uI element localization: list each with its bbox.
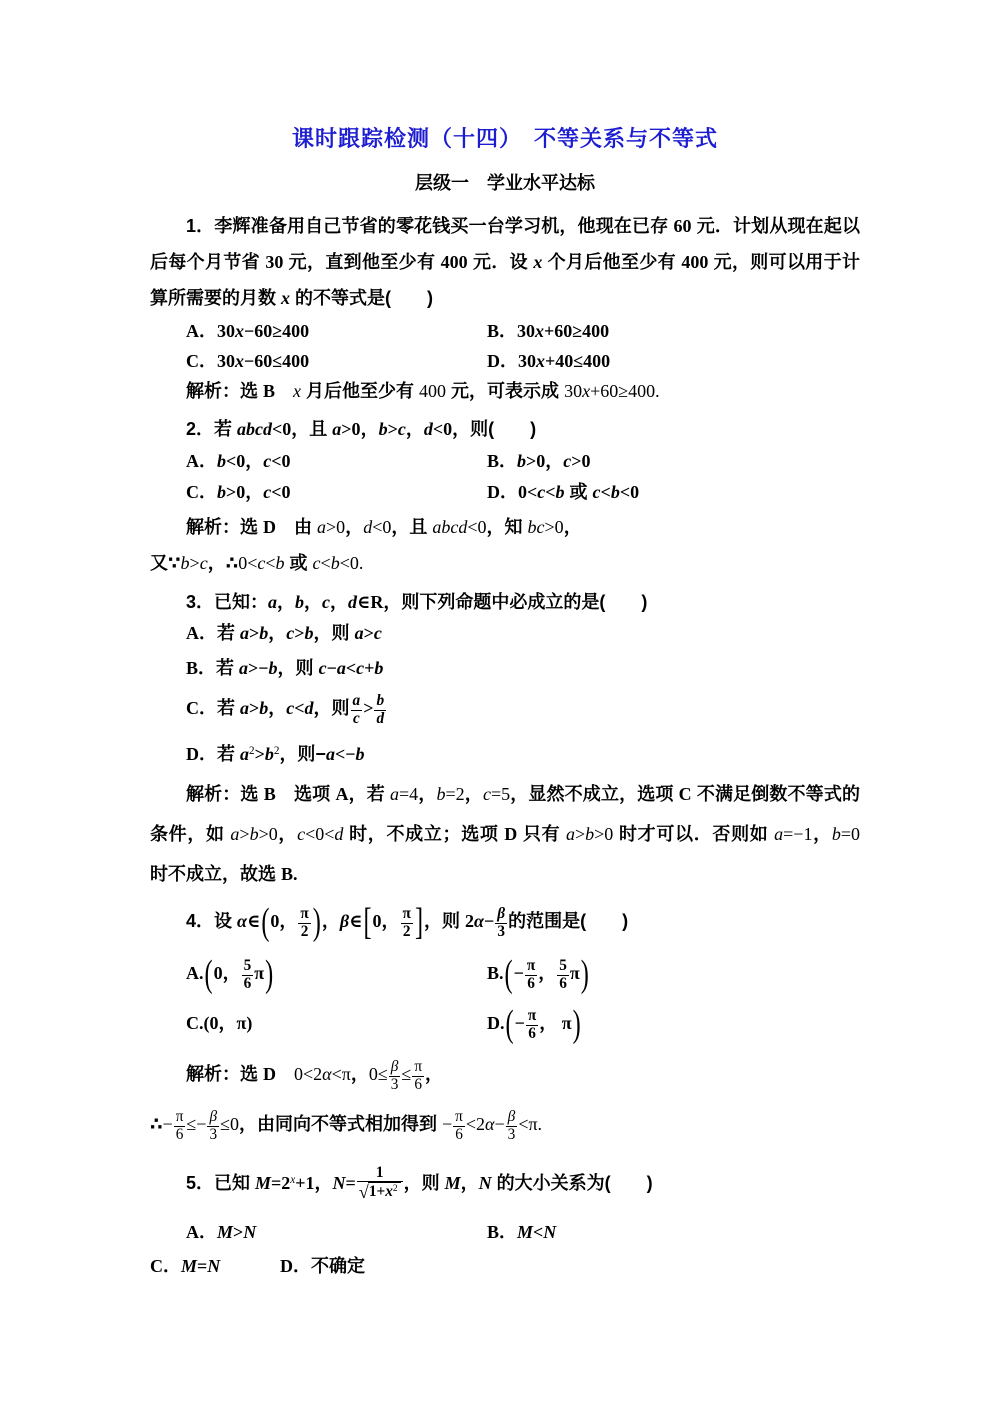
text-segment: <π <box>332 1064 351 1084</box>
stretched-bracket: ( <box>506 1007 514 1045</box>
text-segment: 的范围是( ) <box>508 911 628 931</box>
fraction: 1√1+x2 <box>357 1165 403 1203</box>
text-segment: 30 <box>265 252 283 272</box>
question-4-options-row-2: C.(0，π) D.(−π6， π) <box>150 998 860 1048</box>
text-segment: a <box>240 744 249 764</box>
text-segment: 6 <box>528 1025 536 1042</box>
question-4-stem: 4．设 α∈(0，π2)，β∈[0，π2]，则 2α−β3的范围是( ) <box>150 896 860 946</box>
question-2-analysis-line-2: 又∵b>c，∴0<c<b 或 c<b<0. <box>150 548 860 578</box>
text-segment: ， <box>351 1064 369 1084</box>
text-segment <box>276 1064 294 1084</box>
text-segment: C． <box>150 1256 181 1276</box>
text-segment: ，由同向不等式相加得到 <box>239 1114 442 1134</box>
fraction: β3 <box>389 1059 401 1094</box>
text-segment: b <box>376 692 384 709</box>
text-segment: <0 <box>271 482 290 502</box>
text-segment: b <box>331 553 340 573</box>
text-segment: ， <box>278 824 297 844</box>
text-segment: c <box>398 419 406 439</box>
text-segment: 3 <box>508 1126 516 1143</box>
text-segment: A <box>335 784 348 804</box>
text-segment: <2 <box>466 1114 485 1134</box>
text-segment: > <box>233 1222 243 1242</box>
text-segment: d <box>363 517 372 537</box>
text-segment: < <box>533 1222 543 1242</box>
text-segment: 400 <box>419 381 446 401</box>
text-segment: 若 <box>216 658 239 678</box>
text-segment: − <box>514 963 524 983</box>
text-segment: N <box>207 1256 220 1276</box>
text-segment: C.(0，π) <box>186 1013 252 1033</box>
text-segment: c <box>313 553 321 573</box>
text-segment: ，∴ <box>208 553 239 573</box>
text-segment: > <box>364 623 374 643</box>
question-5-option-b: B．M<N <box>487 1217 556 1247</box>
fraction: β3 <box>207 1109 219 1144</box>
text-segment: < <box>346 658 356 678</box>
question-3-option-d: D．若 a2>b2，则−a<−b <box>150 736 860 769</box>
text-segment: ∈R <box>357 592 383 612</box>
text-segment: > <box>388 419 398 439</box>
text-segment: 若 <box>217 744 240 764</box>
text-segment: ，则下列命题中必成立的是( ) <box>383 592 647 612</box>
fraction-denominator: d <box>374 710 386 728</box>
question-4-option-c: C.(0，π) <box>186 998 487 1048</box>
text-segment: ， <box>245 451 263 471</box>
text-segment: =4 <box>399 784 418 804</box>
text-segment: 6 <box>414 1076 422 1093</box>
question-4-option-b: B.(−π6，56π) <box>487 948 590 998</box>
text-segment: b <box>379 419 388 439</box>
question-2-option-d: D．0<c<b 或 c<b<0 <box>487 477 639 507</box>
text-segment: ∴ <box>150 1114 163 1134</box>
question-3-analysis: 解析：选 B 选项 A，若 a=4，b=2，c=5，显然不成立，选项 C 不满足… <box>150 774 860 894</box>
question-3-option-c: C．若 a>b，c<d，则ac>bd <box>150 686 860 730</box>
text-segment: ， <box>538 963 556 983</box>
text-segment: b <box>374 658 383 678</box>
text-segment: d <box>305 698 314 718</box>
text-segment: π <box>403 905 411 922</box>
text-segment: a <box>774 824 783 844</box>
text-segment: M <box>181 1256 197 1276</box>
text-segment: N <box>479 1173 492 1193</box>
text-segment: D． <box>280 1256 311 1276</box>
fraction: π6 <box>174 1109 186 1144</box>
text-segment: π <box>414 1058 422 1075</box>
text-segment: 2 <box>301 923 309 940</box>
text-segment: b <box>217 451 226 471</box>
text-segment: 5．已知 <box>186 1173 255 1193</box>
text-segment: > <box>363 698 373 718</box>
text-segment: 2．若 <box>186 419 237 439</box>
worksheet-page: 课时跟踪检测（十四） 不等关系与不等式 层级一 学业水平达标 1．李辉准备用自己… <box>0 0 1000 1414</box>
text-segment: x <box>533 252 542 272</box>
text-segment: >0 <box>326 517 345 537</box>
fraction-numerator: β <box>389 1059 401 1076</box>
text-segment: ， <box>539 1013 557 1033</box>
text-segment: 若 <box>217 698 240 718</box>
text-segment: D．30 <box>487 351 536 371</box>
text-segment: π <box>527 957 535 974</box>
text-segment: 解析：选 <box>186 381 263 401</box>
text-segment: −60≥400 <box>244 321 309 341</box>
text-segment: x <box>536 351 545 371</box>
text-segment: x <box>385 1184 393 1201</box>
text-segment: =5 <box>491 784 510 804</box>
text-segment: =2 <box>271 1173 290 1193</box>
fraction: bd <box>374 693 386 728</box>
text-segment: α <box>474 911 484 931</box>
text-segment: 6 <box>176 1126 184 1143</box>
question-1-options-row-1: A．30x−60≥400 B．30x+60≥400 <box>150 316 860 346</box>
text-segment: 400 <box>441 252 468 272</box>
question-1-option-b: B．30x+60≥400 <box>487 316 609 346</box>
fraction-denominator: 3 <box>495 923 507 941</box>
text-segment: b <box>276 553 285 573</box>
fraction: ac <box>351 693 363 728</box>
text-segment: d <box>348 592 357 612</box>
fraction-denominator: 3 <box>506 1126 518 1144</box>
text-segment: d <box>376 710 384 727</box>
text-segment: ， <box>465 784 483 804</box>
text-segment: 3．已知： <box>186 592 268 612</box>
text-segment: +1 <box>295 1173 314 1193</box>
fraction-numerator: a <box>351 693 363 710</box>
fraction-denominator: 6 <box>242 975 254 993</box>
fraction-denominator: 3 <box>207 1126 219 1144</box>
text-segment: 只有 <box>517 824 566 844</box>
text-segment: <0. <box>340 553 364 573</box>
fraction-denominator: 6 <box>412 1076 424 1094</box>
text-segment: − <box>163 1114 173 1134</box>
fraction: 56 <box>557 958 569 993</box>
fraction-numerator: π <box>526 1008 538 1025</box>
question-1-option-a: A．30x−60≥400 <box>186 316 487 346</box>
text-segment: ≤0 <box>220 1114 239 1134</box>
text-segment: B． <box>186 658 216 678</box>
text-segment: b <box>611 482 620 502</box>
text-segment: x <box>293 381 301 401</box>
text-segment: ，且 <box>291 419 332 439</box>
text-segment: M <box>517 1222 533 1242</box>
text-segment: β <box>497 905 505 922</box>
text-segment: A. <box>186 963 204 983</box>
text-segment: 3 <box>391 1076 399 1093</box>
question-5-option-a: A．M>N <box>186 1217 487 1247</box>
text-segment: a <box>390 784 399 804</box>
section-heading: 层级一 学业水平达标 <box>150 168 860 198</box>
text-segment: 4．设 <box>186 911 237 931</box>
text-segment: 5 <box>244 957 252 974</box>
text-segment: −60≤400 <box>244 351 309 371</box>
fraction: π6 <box>453 1109 465 1144</box>
text-segment: π <box>455 1108 463 1125</box>
text-segment: ， <box>418 784 436 804</box>
question-2-option-a: A．b<0，c<0 <box>186 446 487 476</box>
text-segment: 1+ <box>369 1184 385 1201</box>
stretched-bracket: ) <box>581 957 589 995</box>
text-segment: − <box>495 1114 505 1134</box>
text-segment: 0<2 <box>294 1064 322 1084</box>
text-segment: 0， <box>214 963 241 983</box>
question-1-options-row-2: C．30x−60≤400 D．30x+40≤400 <box>150 346 860 376</box>
fraction-denominator: √1+x2 <box>357 1181 403 1202</box>
text-segment: 解析：选 <box>186 784 264 804</box>
text-segment: B．30 <box>487 321 535 341</box>
text-segment <box>275 381 293 401</box>
text-segment: c <box>483 784 491 804</box>
text-segment: β <box>209 1108 217 1125</box>
text-segment: c <box>374 623 382 643</box>
text-segment: ， <box>277 592 295 612</box>
text-segment: 3 <box>209 1126 217 1143</box>
question-1-option-c: C．30x−60≤400 <box>186 346 487 376</box>
fraction: π6 <box>526 1008 538 1043</box>
text-segment: b <box>259 623 268 643</box>
text-segment: ∈ <box>247 911 260 931</box>
text-segment: 解析：选 <box>186 517 263 537</box>
text-segment: − <box>327 658 337 678</box>
question-5-options-row-1: A．M>N B．M<N <box>150 1217 860 1247</box>
text-segment: x <box>582 381 590 401</box>
fraction: 56 <box>242 958 254 993</box>
text-segment: b <box>832 824 841 844</box>
text-segment: − <box>442 1114 452 1134</box>
text-segment: +40≤400 <box>545 351 610 371</box>
text-segment: D <box>263 1064 276 1084</box>
fraction: β3 <box>506 1109 518 1144</box>
text-segment: x <box>281 288 290 308</box>
text-segment: 30 <box>564 381 582 401</box>
stretched-bracket: [ <box>363 905 371 943</box>
text-segment: x <box>235 351 244 371</box>
text-segment: B <box>264 784 276 804</box>
text-segment: 0< <box>238 553 257 573</box>
text-segment: < <box>321 553 331 573</box>
text-segment: ≤ <box>401 1064 411 1084</box>
text-segment: b <box>217 482 226 502</box>
text-segment: 60 <box>674 216 692 236</box>
text-segment: ， <box>406 419 424 439</box>
text-segment: b <box>265 744 274 764</box>
page-title: 课时跟踪检测（十四） 不等关系与不等式 <box>150 124 860 154</box>
text-segment: x <box>535 321 544 341</box>
text-segment: x <box>235 321 244 341</box>
text-segment: a <box>566 824 575 844</box>
fraction-numerator: π <box>401 906 413 923</box>
text-segment: b <box>181 553 190 573</box>
text-segment: M <box>255 1173 271 1193</box>
text-segment: 元．设 <box>468 252 534 272</box>
text-segment: bc <box>528 517 545 537</box>
fraction-denominator: 2 <box>401 923 413 941</box>
text-segment: 个月后他至少有 <box>542 252 681 272</box>
text-segment: a <box>240 698 249 718</box>
text-segment: π <box>254 963 264 983</box>
text-segment: π <box>300 905 308 922</box>
text-segment: b <box>517 451 526 471</box>
fraction-denominator: 2 <box>298 923 310 941</box>
text-segment: B． <box>487 451 517 471</box>
fraction-denominator: 6 <box>525 975 537 993</box>
text-segment: ≤− <box>186 1114 206 1134</box>
text-segment: ，则 <box>404 1173 445 1193</box>
text-segment: 6 <box>244 975 252 992</box>
text-segment: c <box>319 658 327 678</box>
text-segment: M <box>217 1222 233 1242</box>
text-segment: 2 <box>465 911 474 931</box>
question-2-stem: 2．若 abcd<0，且 a>0，b>c，d<0，则( ) <box>150 414 860 444</box>
text-segment: b <box>269 658 278 678</box>
fraction: β3 <box>495 906 507 941</box>
text-segment: b <box>355 744 364 764</box>
question-5-stem: 5．已知 M=2x+1，N=1√1+x2，则 M，N 的大小关系为( ) <box>150 1152 860 1211</box>
text-segment: 1 <box>376 1164 384 1181</box>
question-4-analysis-line-1: 解析：选 D 0<2α<π，0≤β3≤π6， <box>150 1050 860 1098</box>
text-segment: C． <box>186 482 217 502</box>
text-segment: 5 <box>559 957 567 974</box>
fraction-numerator: π <box>525 958 537 975</box>
stretched-bracket: ( <box>205 957 213 995</box>
question-4-options-row-1: A.(0，56π) B.(−π6，56π) <box>150 948 860 998</box>
text-segment: <0 <box>272 419 291 439</box>
fraction-denominator: 6 <box>174 1126 186 1144</box>
radicand: 1+x2 <box>368 1182 401 1201</box>
text-segment: >0 <box>259 824 278 844</box>
fraction-numerator: β <box>207 1109 219 1126</box>
fraction-numerator: 1 <box>357 1165 403 1182</box>
question-1-option-d: D．30x+40≤400 <box>487 346 610 376</box>
text-segment: N <box>243 1222 256 1242</box>
text-segment: ， <box>345 517 363 537</box>
text-segment: 解析：选 <box>186 1064 263 1084</box>
question-1-stem: 1．李辉准备用自己节省的零花钱买一台学习机，他现在已存 60 元．计划从现在起以… <box>150 208 860 316</box>
text-segment: C． <box>186 698 217 718</box>
text-segment: >0 <box>226 482 245 502</box>
text-segment: c <box>322 592 330 612</box>
text-segment: ，若 <box>348 784 390 804</box>
text-segment: 由 <box>276 517 317 537</box>
text-segment: 6 <box>455 1126 463 1143</box>
text-segment: > <box>239 824 249 844</box>
text-segment: A．30 <box>186 321 235 341</box>
text-segment: ，则 <box>314 698 350 718</box>
text-segment: ，知 <box>487 517 528 537</box>
text-segment: b <box>585 824 594 844</box>
fraction-denominator: 6 <box>526 1025 538 1043</box>
text-segment: > <box>575 824 585 844</box>
fraction-denominator: 6 <box>557 975 569 993</box>
question-5-option-d: D．不确定 <box>280 1251 365 1281</box>
text-segment: =2 <box>445 784 464 804</box>
text-segment: ， <box>315 1173 333 1193</box>
text-segment: 0， <box>270 911 297 931</box>
stretched-bracket: ] <box>415 905 423 943</box>
text-segment: a <box>355 623 364 643</box>
text-segment: ， <box>268 698 286 718</box>
text-segment: α <box>485 1114 494 1134</box>
text-segment: b <box>250 824 259 844</box>
question-4-option-a: A.(0，56π) <box>186 948 487 998</box>
question-4-analysis-line-2: ∴−π6≤−β3≤0，由同向不等式相加得到 −π6<2α−β3<π. <box>150 1100 860 1148</box>
text-segment: 时不成立，故选 <box>150 864 281 884</box>
text-segment: 选项 <box>276 784 336 804</box>
text-segment: D. <box>487 1013 505 1033</box>
text-segment: <0 <box>372 517 391 537</box>
question-3-option-a: A．若 a>b，c>b，则 a>c <box>150 618 860 648</box>
text-segment: ， <box>268 623 286 643</box>
text-segment: 不确定 <box>311 1256 365 1276</box>
text-segment: ，则 <box>278 658 319 678</box>
text-segment: c <box>200 553 208 573</box>
fraction-numerator: b <box>374 693 386 710</box>
text-segment: 400 <box>681 252 708 272</box>
text-segment: 元，直到他至少有 <box>283 252 440 272</box>
text-segment: A． <box>186 1222 217 1242</box>
text-segment: a <box>353 692 361 709</box>
text-segment: < <box>545 482 555 502</box>
question-2-analysis-line-1: 解析：选 D 由 a>0，d<0，且 abcd<0，知 bc>0， <box>150 512 860 542</box>
text-segment: 又∵ <box>150 553 181 573</box>
text-segment: a <box>240 623 249 643</box>
text-segment: c <box>297 824 305 844</box>
text-segment: 月后他至少有 <box>301 381 419 401</box>
text-segment: < <box>601 482 611 502</box>
fraction: π2 <box>298 906 310 941</box>
fraction-numerator: β <box>506 1109 518 1126</box>
question-3-option-b: B．若 a>−b，则 c−a<c+b <box>150 653 860 683</box>
text-segment: 1．李辉准备用自己节省的零花钱买一台学习机，他现在已存 <box>186 216 674 236</box>
text-segment: ， <box>564 517 582 537</box>
text-segment: β <box>340 911 349 931</box>
text-segment: − <box>484 911 494 931</box>
fraction: π6 <box>412 1059 424 1094</box>
text-segment: > <box>249 698 259 718</box>
stretched-bracket: ( <box>261 905 269 943</box>
fraction-numerator: π <box>298 906 310 923</box>
text-segment: ， <box>812 824 831 844</box>
text-segment: 若 <box>217 623 240 643</box>
fraction: π6 <box>525 958 537 993</box>
text-segment: + <box>364 658 374 678</box>
text-segment: abcd <box>432 517 467 537</box>
text-segment: c <box>356 658 364 678</box>
text-segment: ， <box>304 592 322 612</box>
stretched-bracket: ) <box>313 905 321 943</box>
text-segment: β <box>508 1108 516 1125</box>
text-segment: > <box>249 623 259 643</box>
text-segment: <− <box>335 744 356 764</box>
text-segment: ，则( ) <box>452 419 536 439</box>
text-segment: b <box>556 482 565 502</box>
text-segment: >0 <box>526 451 545 471</box>
question-3-stem: 3．已知：a，b，c，d∈R，则下列命题中必成立的是( ) <box>150 587 860 617</box>
text-segment: 0≤ <box>369 1064 388 1084</box>
text-segment: C．30 <box>186 351 235 371</box>
text-segment: ，则 <box>314 623 355 643</box>
text-segment: A． <box>186 451 217 471</box>
stretched-bracket: ( <box>505 957 513 995</box>
text-segment: ∈ <box>349 911 362 931</box>
text-segment: >0 <box>571 451 590 471</box>
text-segment: <0< <box>305 824 334 844</box>
text-segment: D <box>504 824 517 844</box>
text-segment: <0 <box>467 517 486 537</box>
text-segment: +60≥400. <box>590 381 660 401</box>
text-segment: d <box>424 419 433 439</box>
text-segment: π <box>176 1108 184 1125</box>
question-2-option-c: C．b>0，c<0 <box>186 477 487 507</box>
